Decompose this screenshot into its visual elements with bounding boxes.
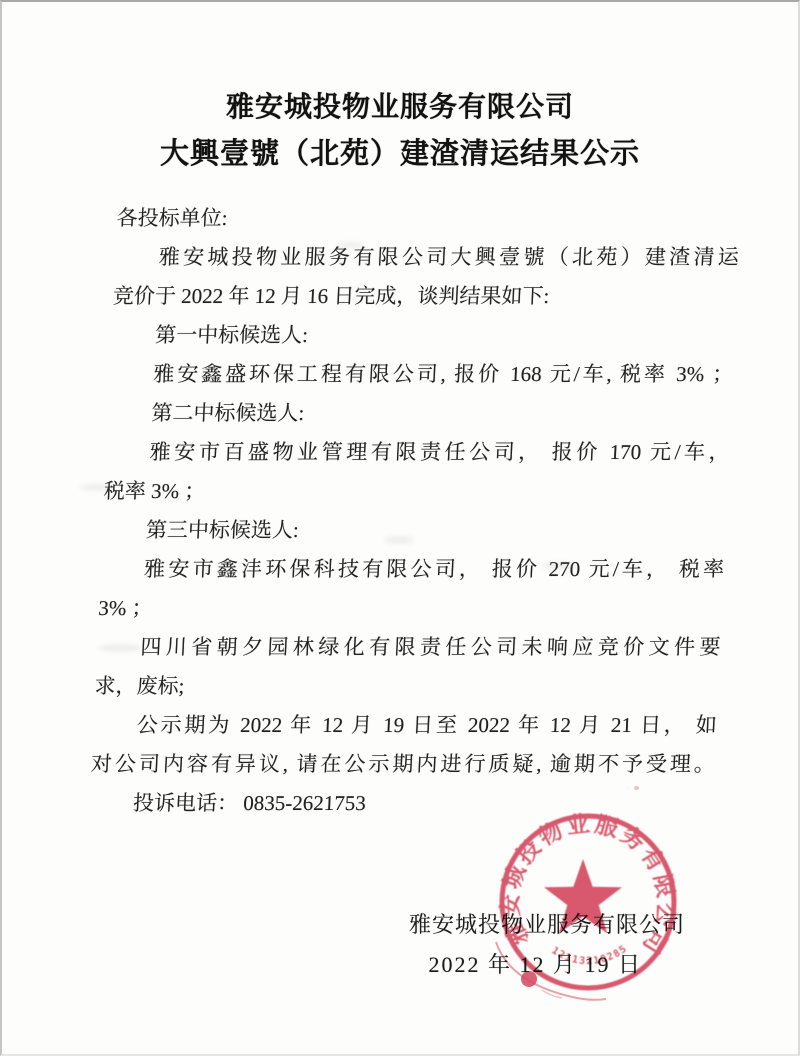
candidate-1-detail: 雅安鑫盛环保工程有限公司, 报价 168 元/车, 税率 3% ； bbox=[108, 355, 734, 394]
document-page: 雅安城投物业服务有限公司 大興壹號（北苑）建渣清运结果公示 各投标单位: 雅安城… bbox=[0, 0, 800, 1056]
title-company-name: 雅安城投物业服务有限公司 bbox=[2, 84, 798, 131]
scan-smudge bbox=[338, 242, 364, 248]
scan-smudge bbox=[542, 562, 576, 569]
candidate-3-heading: 第三中标候选人: bbox=[101, 511, 727, 550]
intro-line-1: 雅安城投物业服务有限公司大興壹號（北苑）建渣清运 bbox=[114, 238, 740, 277]
seal-star-icon bbox=[544, 859, 622, 933]
candidate-1-heading: 第一中标候选人: bbox=[110, 316, 736, 355]
document-body: 各投标单位: 雅安城投物业服务有限公司大興壹號（北苑）建渣清运 竞价于 2022… bbox=[88, 199, 741, 823]
candidate-2-detail-2: 税率 3% ； bbox=[103, 472, 729, 511]
intro-line-2: 竞价于 2022 年 12 月 16 日完成，谈判结果如下: bbox=[112, 277, 738, 316]
stray-stamp-mark bbox=[442, 932, 682, 1022]
scan-smudge bbox=[98, 644, 142, 652]
red-speck bbox=[634, 786, 639, 790]
invalid-bid-line-2: 求，废标; bbox=[94, 667, 720, 706]
stray-stamp-arc bbox=[496, 942, 606, 1000]
stray-ink-dot bbox=[521, 971, 537, 987]
candidate-2-heading: 第二中标候选人: bbox=[107, 394, 733, 433]
scan-smudge bbox=[80, 484, 114, 491]
scan-smudge bbox=[384, 536, 414, 544]
candidate-3-detail-1: 雅安市鑫沣环保科技有限公司， 报价 270 元/车， 税率 bbox=[99, 550, 725, 589]
candidate-3-detail-2: 3% ； bbox=[97, 589, 723, 628]
publicity-period-line-2: 对公司内容有异议, 请在公示期内进行质疑, 逾期不予受理。 bbox=[90, 745, 716, 784]
title-announcement-subject: 大興壹號（北苑）建渣清运结果公示 bbox=[2, 131, 798, 178]
document-title: 雅安城投物业服务有限公司 大興壹號（北苑）建渣清运结果公示 bbox=[2, 84, 798, 178]
publicity-period-line-1: 公示期为 2022 年 12 月 19 日至 2022 年 12 月 21 日，… bbox=[92, 706, 718, 745]
candidate-2-detail-1: 雅安市百盛物业管理有限责任公司， 报价 170 元/车， bbox=[105, 433, 731, 472]
salutation-line: 各投标单位: bbox=[116, 199, 742, 238]
invalid-bid-line-1: 四川省朝夕园林绿化有限责任公司未响应竞价文件要 bbox=[96, 628, 722, 667]
